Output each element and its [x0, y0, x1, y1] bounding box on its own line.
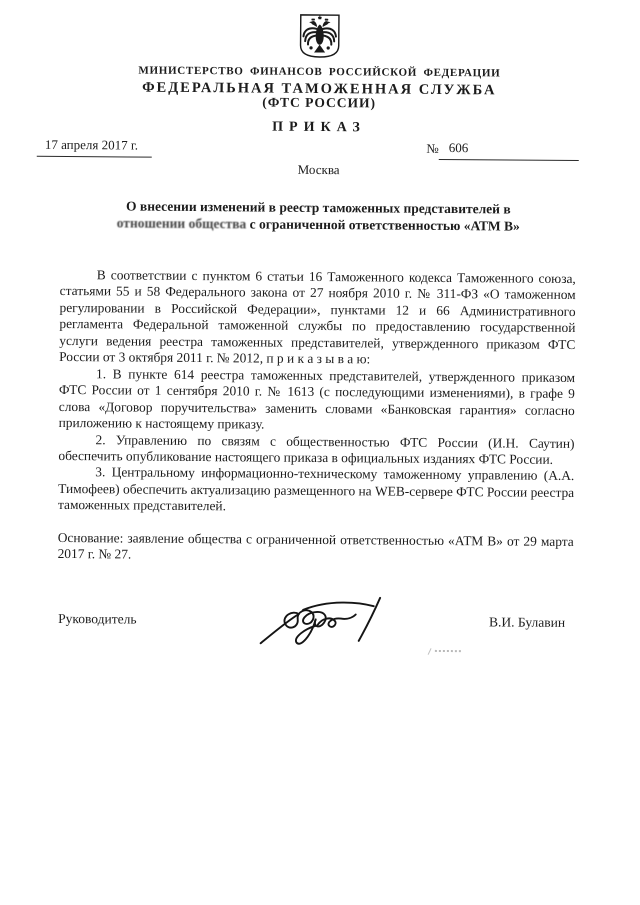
signer-position: Руководитель	[58, 611, 137, 628]
order-body: В соответствии с пунктом 6 статьи 16 Там…	[58, 267, 576, 567]
order-item-1: 1. В пункте 614 реестра таможенных предс…	[59, 366, 576, 436]
signer-name: В.И. Булавин	[489, 614, 565, 631]
document-page: МИНИСТЕРСТВО ФИНАНСОВ РОССИЙСКОЙ ФЕДЕРАЦ…	[0, 0, 640, 905]
document-type-heading: ПРИКАЗ	[0, 117, 639, 138]
scan-artifact	[435, 650, 461, 652]
number-sign: №	[426, 141, 439, 160]
coat-of-arms-emblem	[0, 0, 640, 62]
scanned-content: МИНИСТЕРСТВО ФИНАНСОВ РОССИЙСКОЙ ФЕДЕРАЦ…	[0, 0, 640, 651]
handwritten-signature	[255, 590, 395, 649]
order-title-line1: О внесении изменений в реестр таможенных…	[126, 198, 511, 216]
date-number-row: 17 апреля 2017 г. № 606	[37, 137, 579, 161]
signature-block: Руководитель В.И. Булавин	[58, 611, 565, 651]
order-number-block: № 606	[426, 140, 579, 161]
preamble-paragraph: В соответствии с пунктом 6 статьи 16 Там…	[59, 267, 576, 370]
order-date: 17 апреля 2017 г.	[37, 137, 152, 158]
ministry-line: МИНИСТЕРСТВО ФИНАНСОВ РОССИЙСКОЙ ФЕДЕРАЦ…	[0, 63, 639, 80]
order-number: 606	[439, 140, 579, 161]
double-headed-eagle-icon	[299, 13, 341, 59]
order-title: О внесении изменений в реестр таможенных…	[68, 197, 568, 235]
basis-paragraph: Основание: заявление общества с ограниче…	[58, 530, 574, 567]
order-title-line2-smudged: отношении общества	[117, 215, 247, 231]
order-title-line2-rest: с ограниченной ответственностью «АТМ В»	[250, 216, 520, 233]
order-item-2: 2. Управлению по связям с общественность…	[58, 431, 574, 468]
issue-city: Москва	[0, 159, 639, 180]
order-item-3: 3. Центральному информационно-техническо…	[58, 464, 574, 517]
